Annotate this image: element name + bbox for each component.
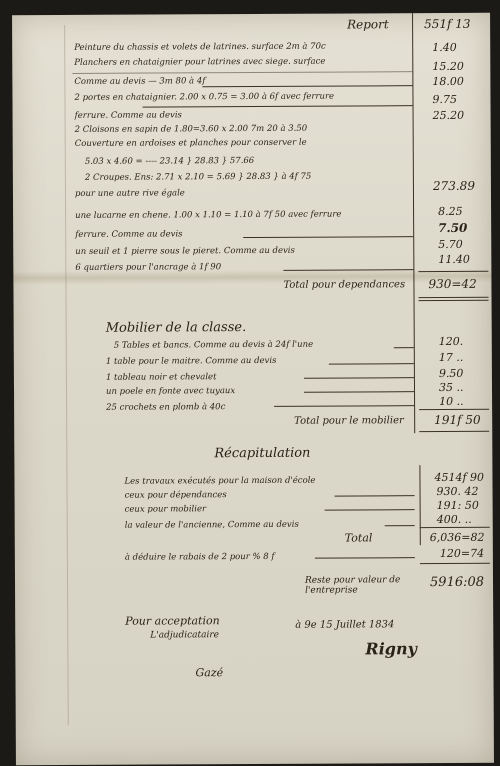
recap-line-4: la valeur de l'ancienne, Comme au devis — [125, 520, 299, 531]
mobilier-line-2: 1 table pour le maitre. Comme au devis — [106, 356, 277, 367]
total-mobilier-value: 191f 50 — [434, 413, 481, 427]
amount-2: 15.20 — [432, 60, 464, 73]
reste-value: 5916:08 — [430, 575, 484, 590]
mobilier-amount-5: 10 .. — [439, 395, 464, 408]
mobilier-line-4: un poele en fonte avec tuyaux — [106, 386, 235, 397]
amount-1: 1.40 — [432, 41, 457, 54]
mobilier-title: Mobilier de la classe. — [106, 320, 247, 336]
amount-5: 25.20 — [433, 109, 465, 122]
recap-amount-4: 400. .. — [437, 513, 472, 526]
recap-line-1: Les travaux exécutés pour la maison d'éc… — [124, 476, 315, 487]
mobilier-amount-4: 35 .. — [439, 381, 464, 394]
line-14: 6 quartiers pour l'ancrage à 1f 90 — [75, 262, 221, 273]
line-5: ferrure. Comme au devis — [75, 110, 182, 121]
report-value: 551f 13 — [424, 17, 471, 31]
line-13: un seuil et 1 pierre sous le pieret. Com… — [75, 246, 295, 257]
line-1: Peinture du chassis et volets de latrine… — [74, 42, 326, 53]
amount-column-rule — [412, 13, 415, 433]
mobilier-line-1: 5 Tables et bancs. Comme au devis à 24f … — [114, 340, 313, 351]
recap-amount-2: 930. 42 — [437, 485, 479, 498]
line-6: 2 Cloisons en sapin de 1.80=3.60 x 2.00 … — [75, 124, 308, 135]
amount-13: 5.70 — [438, 238, 463, 251]
total-dependances-label: Total pour dependances — [283, 279, 405, 291]
line-9: 2 Croupes. Ens: 2.71 x 2.10 = 5.69 } 28.… — [85, 172, 311, 183]
report-label: Report — [347, 17, 389, 31]
recap-amount-3: 191: 50 — [437, 499, 479, 512]
line-12: ferrure. Comme au devis — [75, 229, 182, 240]
ledger-page: Report 551f 13 Peinture du chassis et vo… — [12, 13, 494, 765]
recap-total-label: Total — [345, 531, 373, 544]
recap-total-value: 6,036=82 — [430, 531, 485, 544]
amount-11: 8.25 — [438, 205, 463, 218]
amount-10: 273.89 — [433, 179, 475, 193]
amount-3: 18.00 — [432, 75, 464, 88]
recap-amount-1: 4514f 90 — [434, 471, 484, 484]
recap-title: Récapitulation — [214, 446, 310, 462]
signature-left: Gazé — [195, 666, 223, 679]
line-11: une lucarne en chene. 1.00 x 1.10 = 1.10… — [75, 210, 341, 221]
date-text: à 9e 15 Juillet 1834 — [295, 619, 394, 631]
deduction-value: 120=74 — [440, 547, 484, 560]
total-dependances-value: 930=42 — [428, 277, 476, 291]
line-10: pour une autre rive égale — [75, 188, 185, 199]
reste-text: Reste pour valeur de l'entreprise — [305, 575, 425, 596]
recap-line-3: ceux pour mobilier — [125, 504, 206, 514]
line-8: 5.03 x 4.60 = ---- 23.14 } 28.83 } 57.66 — [85, 156, 254, 167]
amount-12: 7.50 — [438, 221, 467, 235]
margin-rule — [64, 25, 69, 725]
mobilier-line-5: 25 crochets en plomb à 40c — [106, 402, 225, 413]
mobilier-amount-3: 9.50 — [439, 367, 464, 380]
signature-right: Rigny — [365, 639, 417, 658]
line-2: Planchers en chataignier pour latrines a… — [74, 57, 325, 68]
line-4: 2 portes en chataignier. 2.00 x 0.75 = 3… — [74, 92, 334, 103]
total-mobilier-label: Total pour le mobilier — [294, 415, 404, 427]
recap-line-2: ceux pour dépendances — [125, 490, 227, 501]
amount-4: 9.75 — [432, 93, 457, 106]
adjudicataire-text: L'adjudicataire — [150, 630, 219, 640]
amount-14: 11.40 — [438, 253, 470, 266]
line-7: Couverture en ardoises et planches pour … — [75, 138, 307, 149]
mobilier-line-3: 1 tableau noir et chevalet — [106, 372, 217, 383]
deduction-text: à déduire le rabais de 2 pour % 8 f — [125, 552, 275, 563]
line-3: Comme au devis — 3m 80 à 4f — [74, 76, 205, 87]
mobilier-amount-1: 120. — [439, 335, 464, 348]
acceptance-text: Pour acceptation — [125, 614, 220, 627]
mobilier-amount-2: 17 .. — [439, 351, 464, 364]
